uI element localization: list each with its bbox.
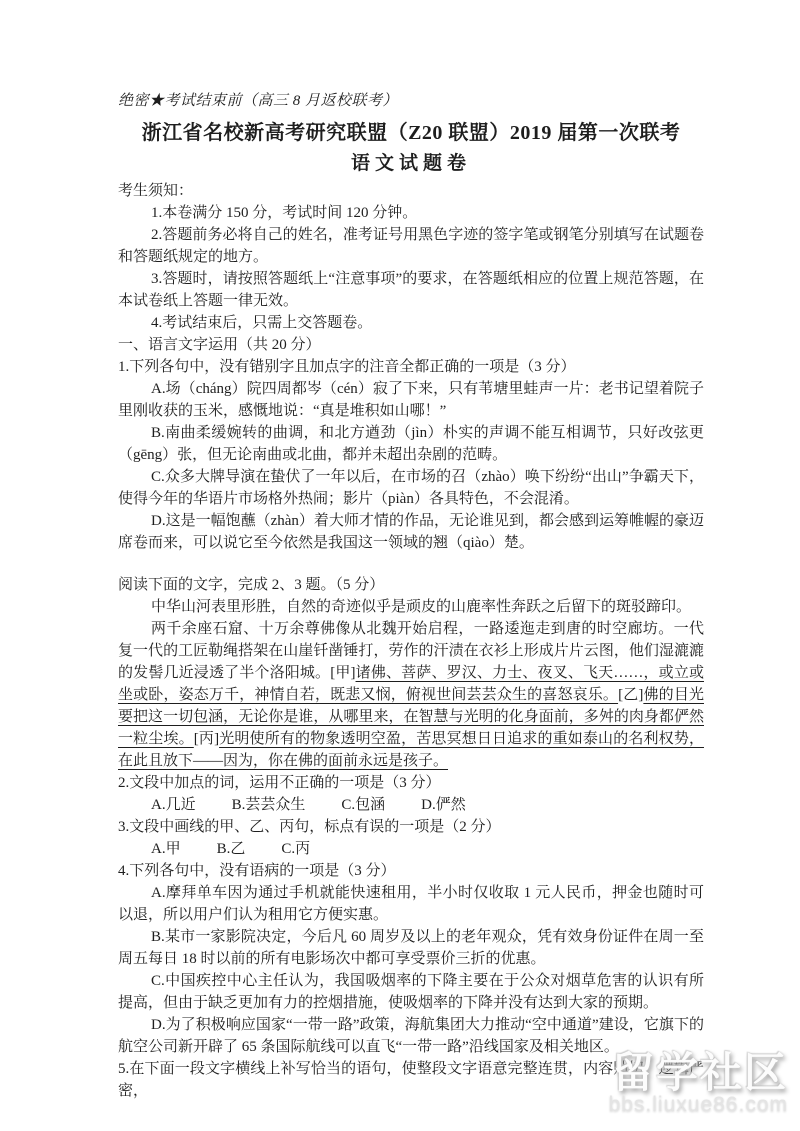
question-4-option-a: A.摩拜单车因为通过手机就能快速租用，半小时仅收取 1 元人民币，押金也随时可以… bbox=[118, 882, 704, 926]
question-2-options: A.几近B.芸芸众生C.包涵D.俨然 bbox=[118, 794, 704, 816]
notice-heading: 考生须知： bbox=[118, 180, 704, 202]
bracket-jia: [甲] bbox=[330, 665, 355, 681]
question-1-option-c: C.众多大牌导演在蛰伏了一年以后，在市场的召（zhào）唤下纷纷“出山”争霸天下… bbox=[118, 466, 704, 510]
question-1-option-b: B.南曲柔缓婉转的曲调，和北方遒劲（jìn）朴实的声调不能互相调节，只好改弦更（… bbox=[118, 422, 704, 466]
question-1-option-d: D.这是一幅饱蘸（zhàn）着大师才情的作品，无论谁见到，都会感到运筹帷幄的豪迈… bbox=[118, 510, 704, 554]
question-4-option-b: B.某市一家影院决定，今后凡 60 周岁及以上的老年观众，凭有效身份证件在周一至… bbox=[118, 926, 704, 970]
question-3-options: A.甲B.乙C.丙 bbox=[118, 838, 704, 860]
exam-subtitle: 语文试题卷 bbox=[118, 150, 704, 178]
notice-item: 1.本卷满分 150 分，考试时间 120 分钟。 bbox=[118, 202, 704, 224]
section-heading: 一、语言文字运用（共 20 分） bbox=[118, 334, 704, 356]
question-1-option-a: A.场（cháng）院四周都岑（cén）寂了下来，只有苇塘里蛙声一片：老书记望着… bbox=[118, 378, 704, 422]
question-3-option-b: B.乙 bbox=[217, 841, 246, 857]
question-4-stem: 4.下列各句中，没有语病的一项是（3 分） bbox=[118, 860, 704, 882]
question-2-stem: 2.文段中加点的词，运用不正确的一项是（3 分） bbox=[118, 772, 704, 794]
exam-title: 浙江省名校新高考研究联盟（Z20 联盟）2019 届第一次联考 bbox=[118, 118, 704, 148]
question-4-option-d: D.为了积极响应国家“一带一路”政策，海航集团大力推动“空中通道”建设，它旗下的… bbox=[118, 1014, 704, 1058]
notice-item: 3.答题时，请按照答题纸上“注意事项”的要求，在答题纸相应的位置上规范答题，在本… bbox=[118, 268, 704, 312]
question-3-option-c: C.丙 bbox=[281, 841, 310, 857]
notice-item: 4.考试结束后，只需上交答题卷。 bbox=[118, 312, 704, 334]
bracket-yi: [乙] bbox=[618, 687, 643, 703]
question-1-stem: 1.下列各句中，没有错别字且加点字的注音全都正确的一项是（3 分） bbox=[118, 356, 704, 378]
classification-label: 绝密★考试结束前（高三 8 月返校联考） bbox=[118, 90, 704, 112]
notice-item: 2.答题前务必将自己的姓名，准考证号用黑色字迹的签字笔或钢笔分别填写在试题卷和答… bbox=[118, 224, 704, 268]
blank-line bbox=[118, 554, 704, 574]
question-5-stem: 5.在下面一段文字横线上补写恰当的语句，使整段文字语意完整连贯，内容贴切，逻辑严… bbox=[118, 1058, 704, 1102]
reading-instruction: 阅读下面的文字，完成 2、3 题。（5 分） bbox=[118, 574, 704, 596]
question-4-option-c: C.中国疾控中心主任认为，我国吸烟率的下降主要在于公众对烟草危害的认识有所提高，… bbox=[118, 970, 704, 1014]
exam-page: 绝密★考试结束前（高三 8 月返校联考） 浙江省名校新高考研究联盟（Z20 联盟… bbox=[118, 90, 704, 1102]
question-2-option-b: B.芸芸众生 bbox=[232, 797, 306, 813]
bracket-bing: [丙] bbox=[194, 731, 219, 747]
passage-paragraph-1: 中华山河表里形胜，自然的奇迹似乎是顽皮的山鹿率性奔跃之后留下的斑驳蹄印。 bbox=[118, 596, 704, 618]
passage-paragraph-2: 两千余座石窟、十万余尊佛像从北魏开始启程，一路逶迤走到唐的时空廊坊。一代复一代的… bbox=[118, 618, 704, 772]
question-3-option-a: A.甲 bbox=[151, 841, 181, 857]
question-3-stem: 3.文段中画线的甲、乙、丙句，标点有误的一项是（2 分） bbox=[118, 816, 704, 838]
question-2-option-d: D.俨然 bbox=[421, 797, 466, 813]
question-2-option-c: C.包涵 bbox=[341, 797, 385, 813]
question-2-option-a: A.几近 bbox=[151, 797, 196, 813]
